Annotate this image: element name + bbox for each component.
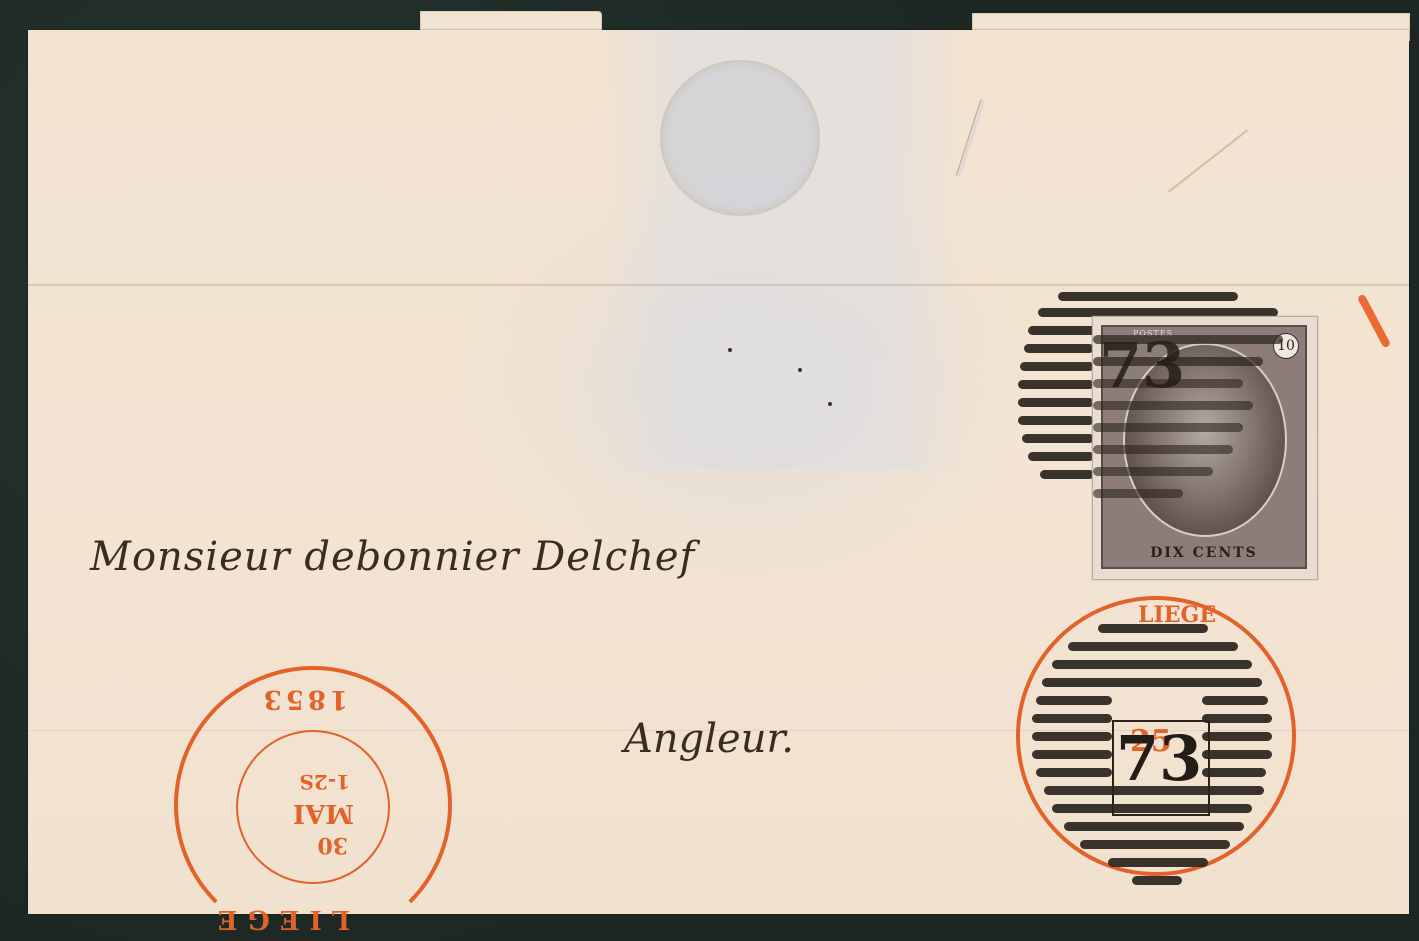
cover-sheet: Monsieur debonnier Delchef Angleur. POST… bbox=[28, 30, 1409, 914]
fold-line bbox=[28, 284, 1409, 286]
ink-speck bbox=[728, 348, 732, 352]
ink-speck bbox=[798, 368, 802, 372]
ink-speck bbox=[828, 402, 832, 406]
cancel-numeral-lower: 73 bbox=[1116, 722, 1202, 795]
stamp-caption: DIX CENTS bbox=[1103, 545, 1305, 561]
address-line-1: Monsieur debonnier Delchef bbox=[90, 534, 695, 580]
date-stamp-left-time: 1-2S bbox=[299, 770, 350, 794]
postage-stamp: POSTES 10 DIX CENTS 73 bbox=[1092, 316, 1318, 580]
date-stamp-left-year: 1853 bbox=[260, 684, 348, 714]
date-stamp-left-town: LIEGE bbox=[208, 904, 350, 934]
wax-seal-mark bbox=[660, 60, 820, 216]
paper-crease bbox=[1168, 129, 1248, 192]
date-stamp-left-month: MAI bbox=[293, 798, 354, 828]
address-line-2: Angleur. bbox=[624, 716, 794, 762]
date-stamp-left-day: 30 bbox=[317, 832, 348, 858]
date-stamp-left: LIEGE 30 MAI 1-2S 1853 bbox=[174, 666, 452, 941]
cancel-numeral-upper: 73 bbox=[1099, 329, 1185, 402]
red-crayon-mark bbox=[1357, 294, 1391, 349]
